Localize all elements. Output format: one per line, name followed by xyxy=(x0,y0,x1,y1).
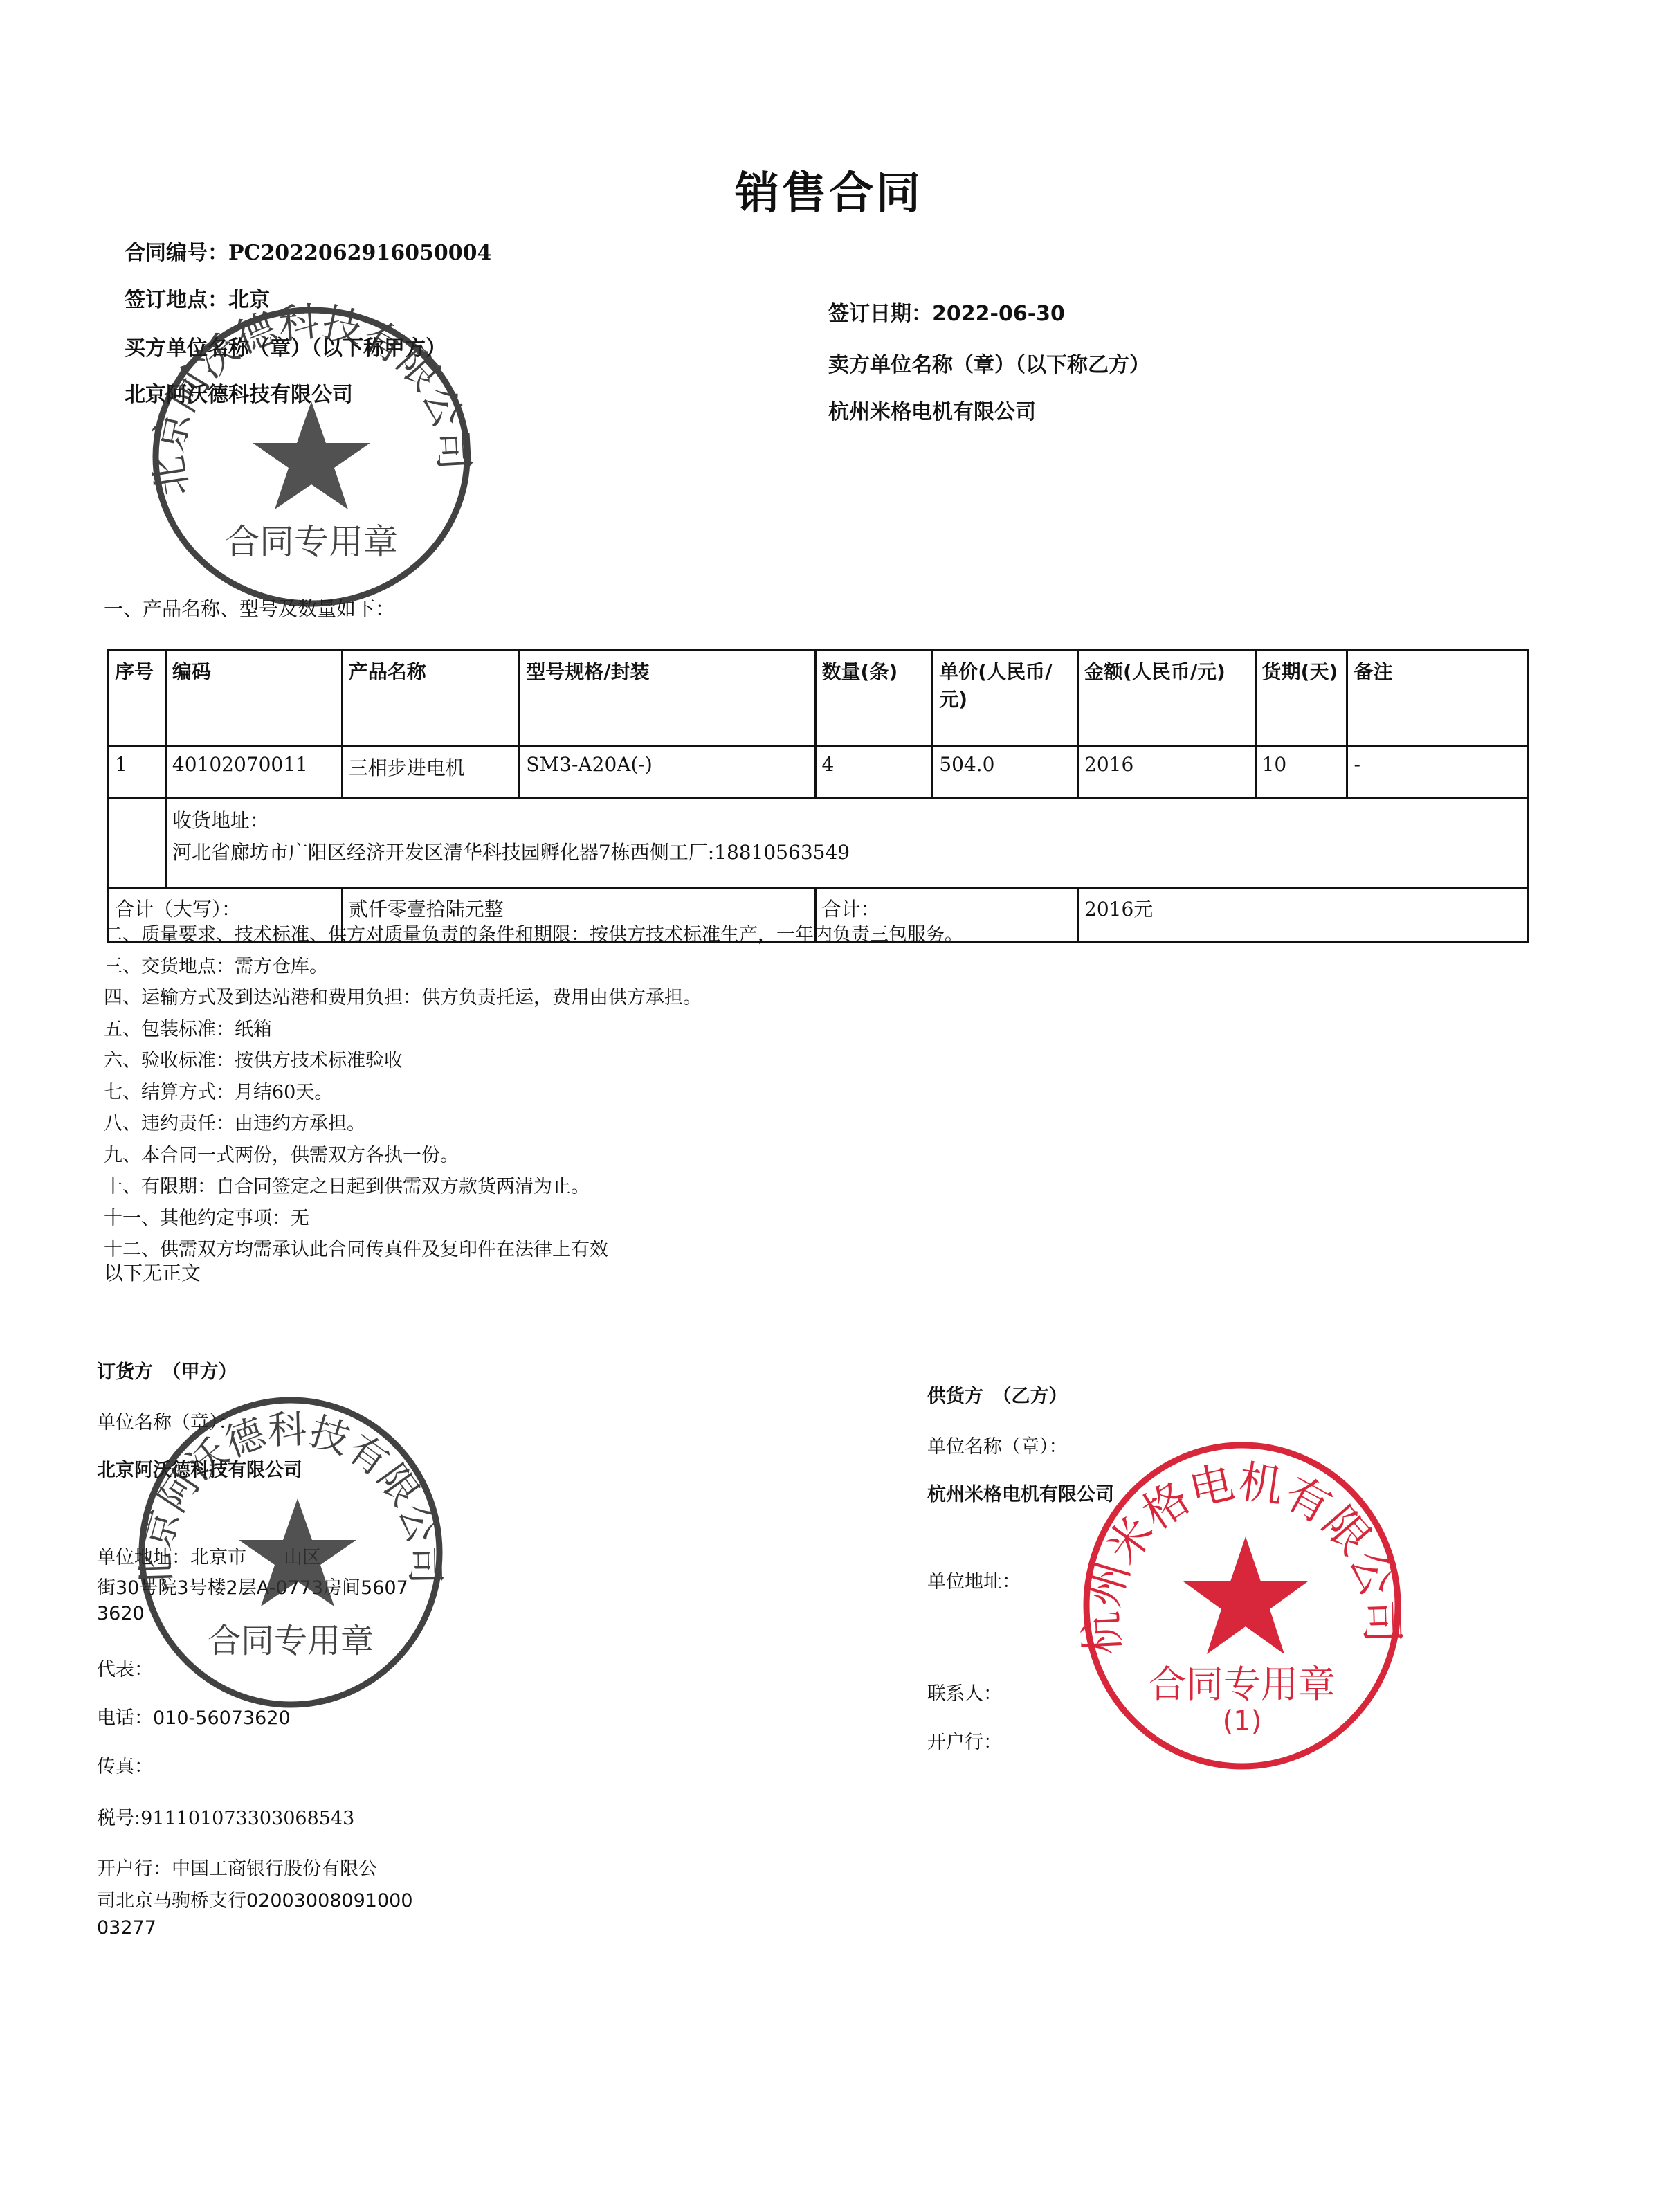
cell-remark: - xyxy=(1347,747,1529,799)
seal-icon: 北京阿沃德科技有限公司 合同专用章 xyxy=(149,305,474,609)
term-item: 九、本合同一式两份，供需双方各执一份。 xyxy=(104,1140,963,1172)
party-a-bank: 开户行：中国工商银行股份有限公 xyxy=(97,1853,377,1880)
col-header-product-name: 产品名称 xyxy=(342,651,519,747)
sign-date: 签订日期：2022-06-30 xyxy=(828,296,1065,327)
party-a-tax-value: 911101073303068543 xyxy=(140,1808,354,1829)
contract-number-value: PC2022062916050004 xyxy=(228,241,491,265)
party-a-bank-line3: 03277 xyxy=(97,1917,156,1939)
svg-text:合同专用章: 合同专用章 xyxy=(208,1622,374,1660)
seller-name: 杭州米格电机有限公司 xyxy=(828,395,1036,425)
seller-seal-stamp: 杭州米格电机有限公司 合同专用章 (1) xyxy=(1079,1440,1405,1772)
sign-date-label: 签订日期： xyxy=(828,302,932,326)
party-a-bank-label: 开户行： xyxy=(97,1858,172,1880)
delivery-address-value: 河北省廊坊市广阳区经济开发区清华科技园孵化器7栋西侧工厂:18810563549 xyxy=(172,837,1522,869)
party-a-phone-label: 电话： xyxy=(97,1707,153,1729)
cell-unit-price: 504.0 xyxy=(933,747,1078,799)
seller-label: 卖方单位名称（章）（以下称乙方） xyxy=(828,347,1150,378)
term-item: 八、违约责任：由违约方承担。 xyxy=(104,1108,963,1140)
term-item: 二、质量要求、技术标准、供方对质量负责的条件和期限：按供方技术标准生产，一年内负… xyxy=(104,919,963,951)
col-header-unit-price: 单价(人民币/元) xyxy=(933,651,1078,747)
party-b-bank-label: 开户行： xyxy=(927,1727,1002,1754)
svg-text:(1): (1) xyxy=(1223,1705,1262,1737)
col-header-model: 型号规格/封装 xyxy=(520,651,815,747)
cell-model: SM3-A20A(-) xyxy=(520,747,815,799)
delivery-address-label: 收货地址： xyxy=(172,805,1522,837)
term-item: 七、结算方式：月结60天。 xyxy=(104,1077,963,1109)
col-header-remark: 备注 xyxy=(1347,651,1529,747)
party-a-bank-line2: 司北京马驹桥支行02003008091000 xyxy=(97,1885,413,1912)
col-header-code: 编码 xyxy=(165,651,342,747)
buyer-seal-bottom-stamp: 北京阿沃德科技有限公司 合同专用章 xyxy=(135,1395,446,1710)
cell-code: 40102070011 xyxy=(165,747,342,799)
delivery-address-row: 收货地址： 河北省廊坊市广阳区经济开发区清华科技园孵化器7栋西侧工厂:18810… xyxy=(109,799,1529,888)
delivery-address-cell: 收货地址： 河北省廊坊市广阳区经济开发区清华科技园孵化器7栋西侧工厂:18810… xyxy=(165,799,1528,888)
total-value: 2016元 xyxy=(1078,888,1529,943)
cell-qty: 4 xyxy=(815,747,933,799)
term-item: 十一、其他约定事项：无 xyxy=(104,1203,963,1235)
col-header-qty: 数量(条) xyxy=(815,651,933,747)
party-a-phone-value: 010-56073620 xyxy=(153,1707,291,1729)
term-item: 五、包装标准：纸箱 xyxy=(104,1014,963,1046)
svg-text:合同专用章: 合同专用章 xyxy=(1149,1662,1336,1706)
term-item: 六、验收标准：按供方技术标准验收 xyxy=(104,1045,963,1077)
party-a-tax: 税号:911101073303068543 xyxy=(97,1803,354,1830)
terms-list: 二、质量要求、技术标准、供方对质量负责的条件和期限：按供方技术标准生产，一年内负… xyxy=(104,919,963,1266)
term-item: 十、有限期：自合同签定之日起到供需双方款货两清为止。 xyxy=(104,1171,963,1203)
party-a-heading: 订货方 （甲方） xyxy=(97,1357,237,1384)
cell-product-name: 三相步进电机 xyxy=(342,747,519,799)
term-item: 三、交货地点：需方仓库。 xyxy=(104,951,963,983)
sign-date-value: 2022-06-30 xyxy=(932,302,1065,326)
no-more-text: 以下无正文 xyxy=(104,1258,201,1286)
contract-number: 合同编号：PC2022062916050004 xyxy=(125,235,491,266)
party-a-fax-label: 传真： xyxy=(97,1751,153,1778)
document-title: 销售合同 xyxy=(0,158,1658,221)
party-b-heading: 供货方 （乙方） xyxy=(927,1381,1068,1408)
items-table: 序号 编码 产品名称 型号规格/封装 数量(条) 单价(人民币/元) 金额(人民… xyxy=(107,649,1529,943)
buyer-seal-top-stamp: 北京阿沃德科技有限公司 合同专用章 xyxy=(149,305,474,609)
party-b-contact-label: 联系人： xyxy=(927,1678,1002,1705)
table-header-row: 序号 编码 产品名称 型号规格/封装 数量(条) 单价(人民币/元) 金额(人民… xyxy=(109,651,1529,747)
col-header-amount: 金额(人民币/元) xyxy=(1078,651,1256,747)
party-b-unit-name-label: 单位名称（章）： xyxy=(927,1431,1068,1458)
term-item: 十二、供需双方均需承认此合同传真件及复印件在法律上有效 xyxy=(104,1234,963,1266)
contract-number-label: 合同编号： xyxy=(125,241,228,265)
table-row: 1 40102070011 三相步进电机 SM3-A20A(-) 4 504.0… xyxy=(109,747,1529,799)
cell-amount: 2016 xyxy=(1078,747,1256,799)
col-header-lead-days: 货期(天) xyxy=(1255,651,1347,747)
term-item: 四、运输方式及到达站港和费用负担：供方负责托运，费用由供方承担。 xyxy=(104,982,963,1014)
party-a-bank-line1: 中国工商银行股份有限公 xyxy=(172,1858,377,1880)
cell-lead-days: 10 xyxy=(1255,747,1347,799)
svg-text:合同专用章: 合同专用章 xyxy=(225,522,398,562)
party-b-address-label: 单位地址： xyxy=(927,1566,1021,1593)
col-header-seq: 序号 xyxy=(109,651,166,747)
cell-seq: 1 xyxy=(109,747,166,799)
party-a-tax-label: 税号: xyxy=(97,1808,140,1829)
